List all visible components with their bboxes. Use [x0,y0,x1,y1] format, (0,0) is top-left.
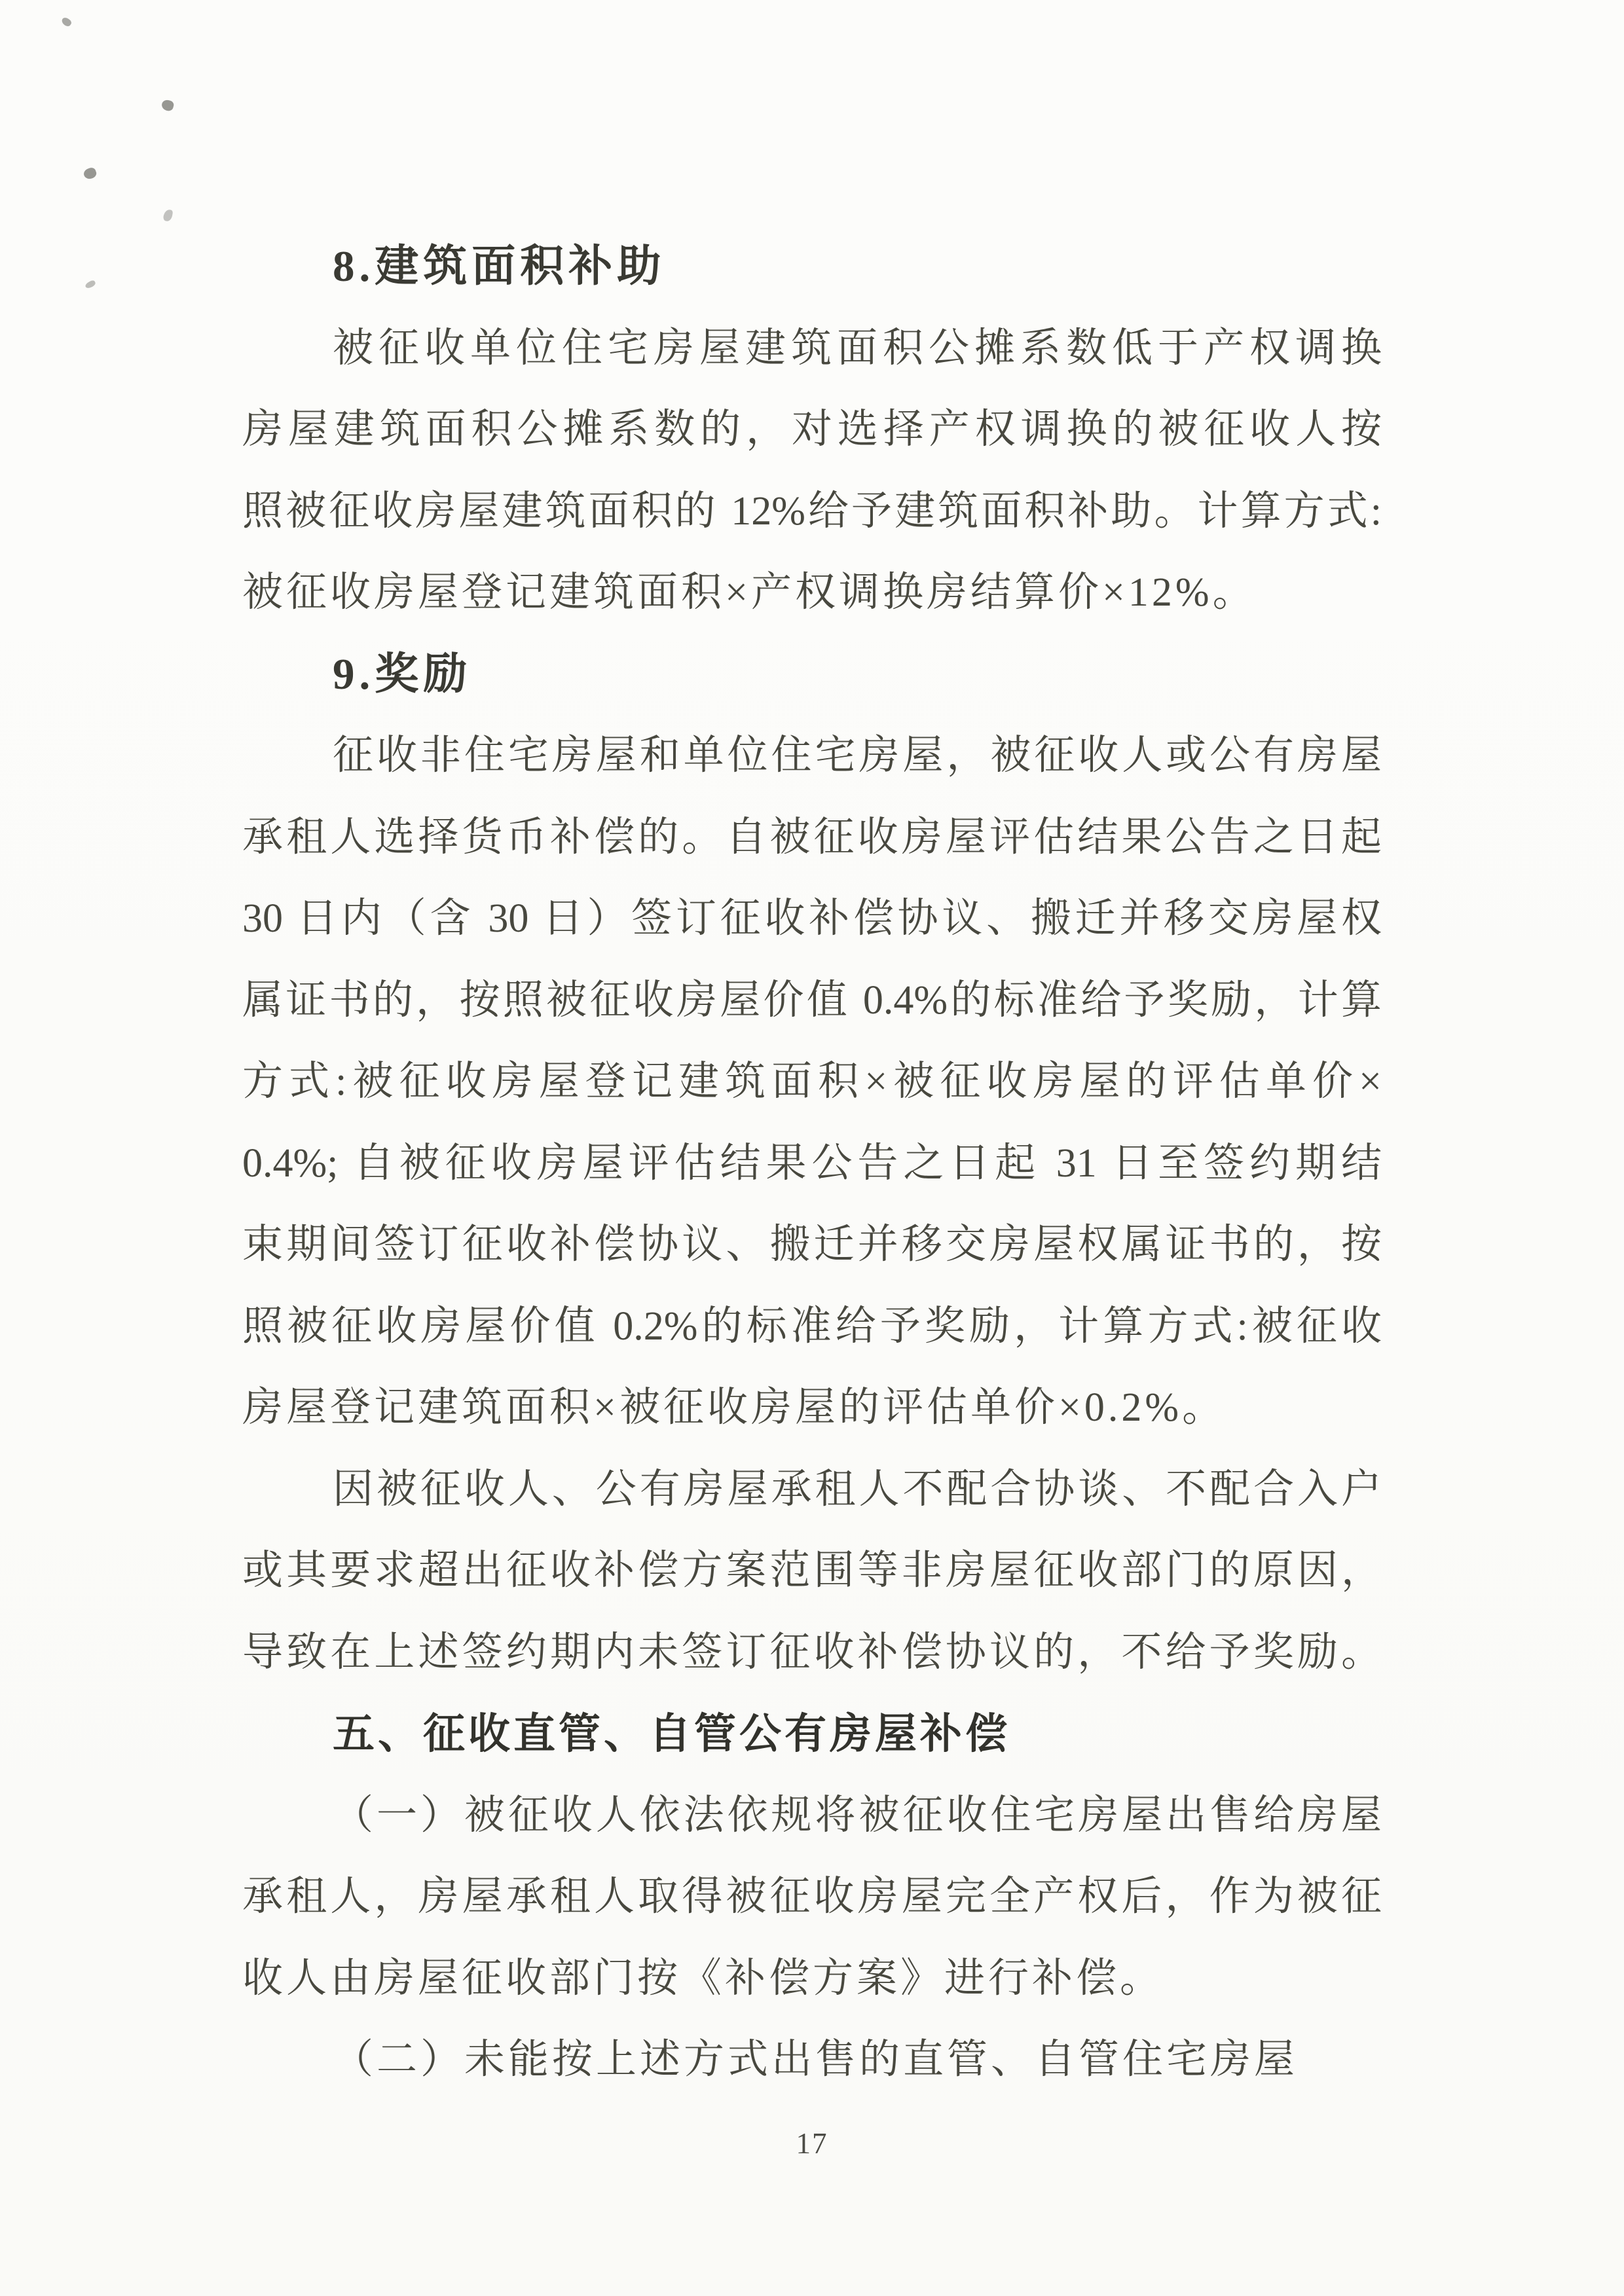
text-line: 照被征收房屋价值 0.2%的标准给予奖励，计算方式:被征收 [242,1286,1382,1368]
scan-speck [83,166,98,181]
section-heading-8: 8.建筑面积补助 [242,226,1382,308]
document-text-block: 8.建筑面积补助 被征收单位住宅房屋建筑面积公摊系数低于产权调换 房屋建筑面积公… [242,226,1382,2101]
text-line: 承租人，房屋承租人取得被征收房屋完全产权后，作为被征 [242,1856,1382,1938]
text-line: 征收非住宅房屋和单位住宅房屋，被征收人或公有房屋 [242,715,1382,797]
text-line: 方式:被征收房屋登记建筑面积×被征收房屋的评估单价× [242,1041,1382,1123]
text-line: 照被征收房屋建筑面积的 12%给予建筑面积补助。计算方式: [242,471,1382,553]
page-number: 17 [766,2126,858,2160]
section-heading-9: 9.奖励 [242,634,1382,716]
text-line: 束期间签订征收补偿协议、搬迁并移交房屋权属证书的，按 [242,1204,1382,1286]
document-page: 8.建筑面积补助 被征收单位住宅房屋建筑面积公摊系数低于产权调换 房屋建筑面积公… [0,0,1624,2296]
text-line: （一）被征收人依法依规将被征收住宅房屋出售给房屋 [242,1775,1382,1857]
text-line: 被征收房屋登记建筑面积×产权调换房结算价×12%。 [242,552,1382,634]
text-line: 被征收单位住宅房屋建筑面积公摊系数低于产权调换 [242,308,1382,390]
section-heading-5: 五、征收直管、自管公有房屋补偿 [242,1693,1382,1775]
text-line: 导致在上述签约期内未签订征收补偿协议的，不给予奖励。 [242,1612,1382,1694]
scan-speck [60,16,73,28]
text-line: 0.4%; 自被征收房屋评估结果公告之日起 31 日至签约期结 [242,1123,1382,1205]
text-line: 属证书的，按照被征收房屋价值 0.4%的标准给予奖励，计算 [242,960,1382,1042]
text-line: 房屋登记建筑面积×被征收房屋的评估单价×0.2%。 [242,1367,1382,1449]
scan-speck [84,280,96,289]
text-line: 收人由房屋征收部门按《补偿方案》进行补偿。 [242,1938,1382,2020]
text-line: （二）未能按上述方式出售的直管、自管住宅房屋 [242,2019,1382,2101]
scan-speck [160,99,175,112]
text-line: 因被征收人、公有房屋承租人不配合协谈、不配合入户 [242,1449,1382,1531]
text-line: 30 日内（含 30 日）签订征收补偿协议、搬迁并移交房屋权 [242,878,1382,960]
text-line: 或其要求超出征收补偿方案范围等非房屋征收部门的原因， [242,1530,1382,1612]
text-line: 承租人选择货币补偿的。自被征收房屋评估结果公告之日起 [242,797,1382,879]
scan-speck [163,209,174,222]
text-line: 房屋建筑面积公摊系数的，对选择产权调换的被征收人按 [242,389,1382,471]
